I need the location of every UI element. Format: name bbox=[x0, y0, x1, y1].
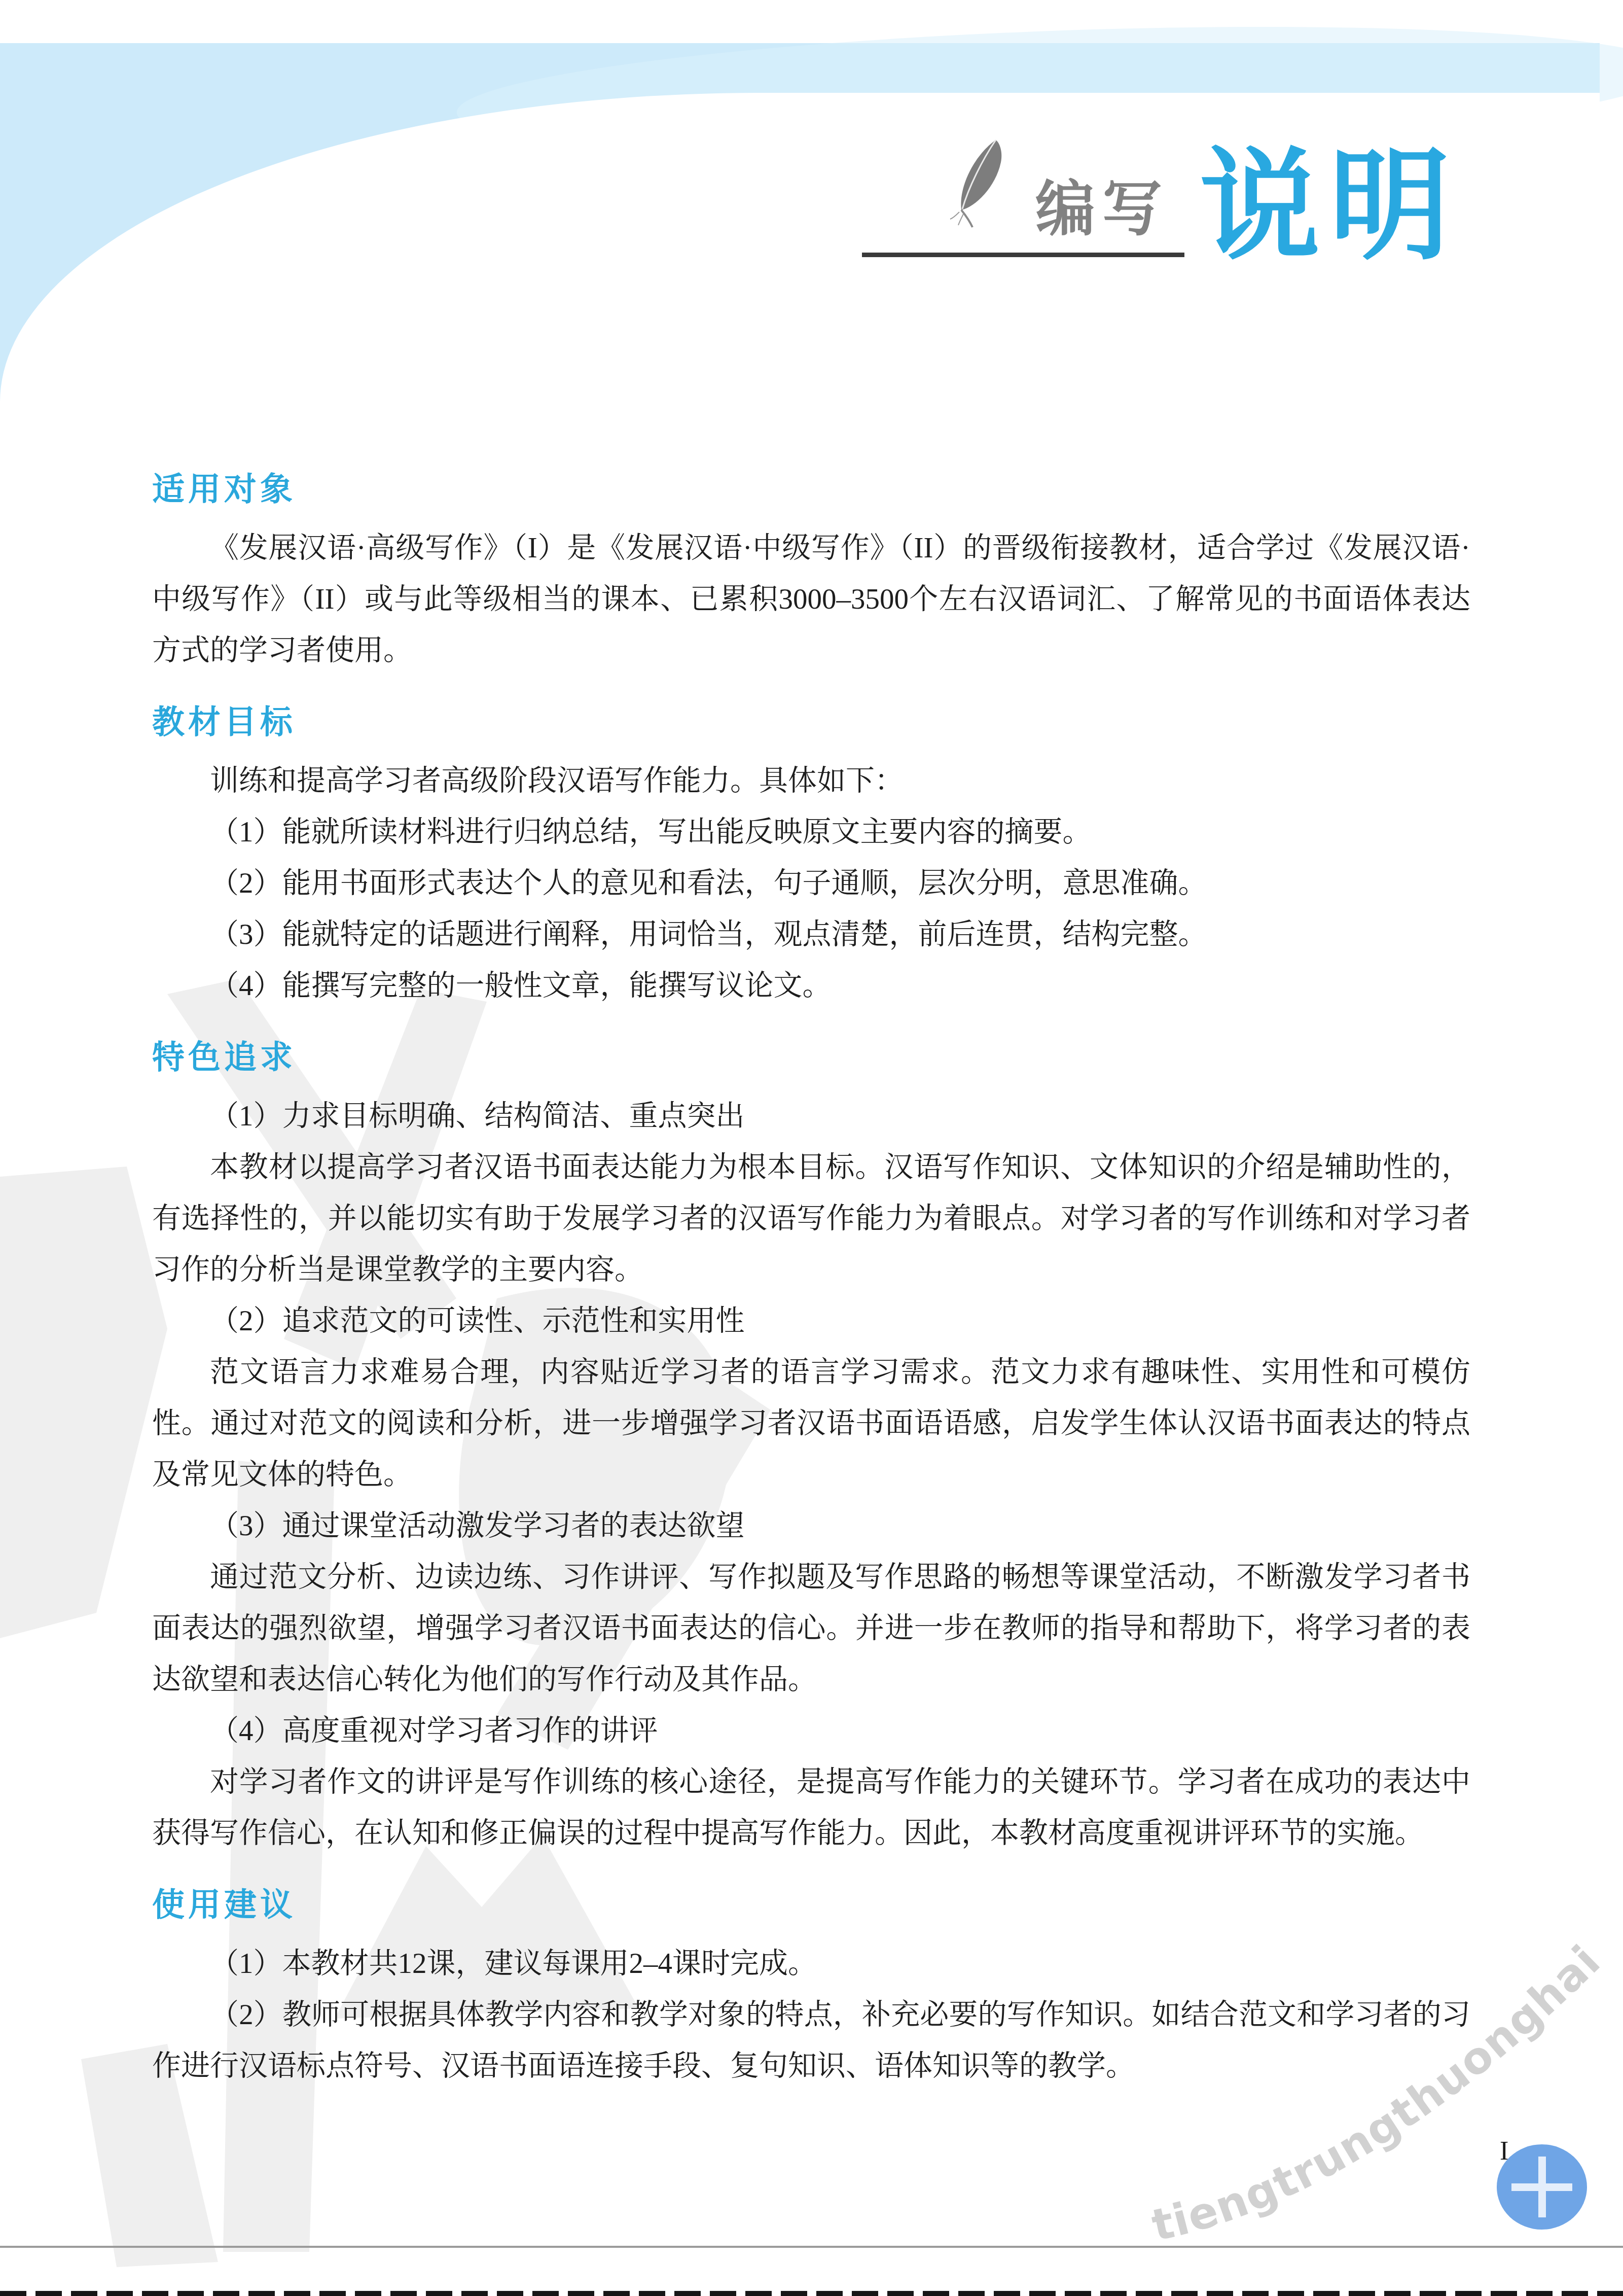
footer-rule bbox=[0, 2246, 1623, 2248]
body-paragraph: （1）能就所读材料进行归纳总结，写出能反映原文主要内容的摘要。 bbox=[152, 806, 1470, 858]
body-paragraph: （2）能用书面形式表达个人的意见和看法，句子通顺，层次分明，意思准确。 bbox=[152, 858, 1470, 909]
title-underline bbox=[862, 253, 1184, 257]
body-paragraph: （2）追求范文的可读性、示范性和实用性 bbox=[152, 1295, 1470, 1347]
body-paragraph: （4）能撰写完整的一般性文章，能撰写议论文。 bbox=[152, 960, 1470, 1011]
body-paragraph: 范文语言力求难易合理，内容贴近学习者的语言学习需求。范文力求有趣味性、实用性和可… bbox=[152, 1347, 1470, 1500]
body-paragraph: （1）力求目标明确、结构简洁、重点突出 bbox=[152, 1090, 1470, 1142]
section-heading-3: 特色追求 bbox=[152, 1039, 1470, 1075]
textbook-page: { "header": { "title_prefix": "编写", "tit… bbox=[0, 0, 1623, 2296]
body-paragraph: 本教材以提高学习者汉语书面表达能力为根本目标。汉语写作知识、文体知识的介绍是辅助… bbox=[152, 1142, 1470, 1295]
body-paragraph: （3）通过课堂活动激发学习者的表达欲望 bbox=[152, 1500, 1470, 1551]
body-paragraph: 通过范文分析、边读边练、习作讲评、写作拟题及写作思路的畅想等课堂活动，不断激发学… bbox=[152, 1551, 1470, 1705]
body-paragraph: （1）本教材共12课，建议每课用2–4课时完成。 bbox=[152, 1938, 1470, 1989]
plus-button[interactable] bbox=[1497, 2144, 1587, 2230]
plus-icon bbox=[1538, 2157, 1546, 2217]
section-heading-1: 适用对象 bbox=[152, 471, 1470, 507]
section-heading-2: 教材目标 bbox=[152, 703, 1470, 740]
page-title-prefix: 编写 bbox=[1035, 176, 1169, 242]
body-paragraph: 训练和提高学习者高级阶段汉语写作能力。具体如下： bbox=[152, 755, 1470, 806]
body-paragraph: 对学习者作文的讲评是写作训练的核心途径，是提高写作能力的关键环节。学习者在成功的… bbox=[152, 1756, 1470, 1859]
body-paragraph: （4）高度重视对学习者习作的讲评 bbox=[152, 1705, 1470, 1756]
section-heading-4: 使用建议 bbox=[152, 1886, 1470, 1923]
content: 适用对象《发展汉语·高级写作》（I）是《发展汉语·中级写作》（II）的晋级衔接教… bbox=[152, 471, 1470, 2092]
body-paragraph: （3）能就特定的话题进行阐释，用词恰当，观点清楚，前后连贯，结构完整。 bbox=[152, 909, 1470, 960]
page-bottom-edge bbox=[0, 2291, 1623, 2296]
page-title: 说明 bbox=[1200, 141, 1459, 272]
body-paragraph: （2）教师可根据具体教学内容和教学对象的特点，补充必要的写作知识。如结合范文和学… bbox=[152, 1989, 1470, 2092]
quill-feather-icon bbox=[946, 138, 1025, 229]
body-paragraph: 《发展汉语·高级写作》（I）是《发展汉语·中级写作》（II）的晋级衔接教材，适合… bbox=[152, 522, 1470, 676]
